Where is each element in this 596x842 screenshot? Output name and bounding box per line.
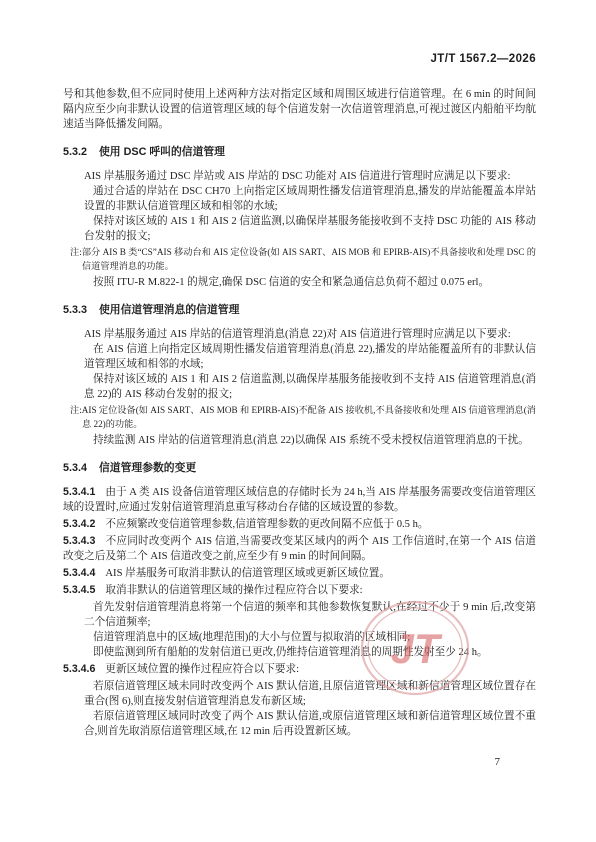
- clause: 5.3.4.4AIS 岸基服务可取消非默认的信道管理区域或更新区域位置。: [63, 566, 536, 581]
- list-item: 在 AIS 信道上向指定区域周期性播发信道管理消息(消息 22),播发的岸站能覆…: [84, 342, 536, 372]
- document-page: JT/T 1567.2—2026 号和其他参数,但不应同时使用上述两种方法对指定…: [0, 0, 596, 842]
- clause-number: 5.3.4.1: [63, 486, 95, 498]
- clause-number: 5.3.4.6: [63, 663, 95, 675]
- list-item: 即使监测到所有船舶的发射信道已更改,仍维持信道管理消息的周期性发射至少 24 h…: [84, 645, 536, 660]
- clause-text: AIS 岸基服务可取消非默认的信道管理区域或更新区域位置。: [105, 568, 390, 579]
- clause-number: 5.3.4.2: [63, 518, 95, 530]
- clause-text: 取消非默认的信道管理区域的操作过程应符合以下要求:: [105, 585, 362, 596]
- list-item: 信道管理消息中的区域(地理范围)的大小与位置与拟取消的区域相同;: [84, 630, 536, 645]
- list-item: 持续监测 AIS 岸站的信道管理消息(消息 22)以确保 AIS 系统不受未授权…: [84, 433, 536, 448]
- clause-text: 不应频繁改变信道管理参数,信道管理参数的更改间隔不应低于 0.5 h。: [105, 519, 428, 530]
- note: 注:AIS 定位设备(如 AIS SART、AIS MOB 和 EPIRB-AI…: [70, 404, 536, 431]
- clause-number: 5.3.4.3: [63, 535, 95, 547]
- clause: 5.3.4.1由于 A 类 AIS 设备信道管理区域信息的存储时长为 24 h,…: [63, 485, 536, 515]
- clause: 5.3.4.6更新区域位置的操作过程应符合以下要求:: [63, 662, 536, 677]
- section-number: 5.3.2: [63, 146, 87, 158]
- clause-number: 5.3.4.4: [63, 567, 95, 579]
- clause: 5.3.4.2不应频繁改变信道管理参数,信道管理参数的更改间隔不应低于 0.5 …: [63, 517, 536, 532]
- section-title: 使用 DSC 呼叫的信道管理: [99, 146, 225, 158]
- section-heading: 5.3.4信道管理参数的变更: [63, 461, 536, 476]
- clause-number: 5.3.4.5: [63, 584, 95, 596]
- document-content: 号和其他参数,但不应同时使用上述两种方法对指定区域和周围区域进行信道管理。在 6…: [63, 87, 536, 739]
- list-item: 保持对该区域的 AIS 1 和 AIS 2 信道监测,以确保岸基服务能接收到不支…: [84, 372, 536, 402]
- standard-number: JT/T 1567.2—2026: [63, 53, 536, 65]
- list-item: 通过合适的岸站在 DSC CH70 上向指定区域周期性播发信道管理消息,播发的岸…: [84, 184, 536, 214]
- paragraph: 号和其他参数,但不应同时使用上述两种方法对指定区域和周围区域进行信道管理。在 6…: [63, 87, 536, 132]
- clause-text: 不应同时改变两个 AIS 信道,当需要改变某区域内的两个 AIS 工作信道时,在…: [63, 536, 536, 562]
- section-number: 5.3.3: [63, 304, 87, 316]
- section-heading: 5.3.2使用 DSC 呼叫的信道管理: [63, 145, 536, 160]
- clause-text: 更新区域位置的操作过程应符合以下要求:: [105, 664, 299, 675]
- clause: 5.3.4.3不应同时改变两个 AIS 信道,当需要改变某区域内的两个 AIS …: [63, 534, 536, 564]
- list-item: 若原信道管理区域未同时改变两个 AIS 默认信道,且原信道管理区域和新信道管理区…: [84, 679, 536, 709]
- clause-text: 由于 A 类 AIS 设备信道管理区域信息的存储时长为 24 h,当 AIS 岸…: [63, 487, 536, 513]
- list-item: 保持对该区域的 AIS 1 和 AIS 2 信道监测,以确保岸基服务能接收到不支…: [84, 214, 536, 244]
- paragraph: AIS 岸基服务通过 AIS 岸站的信道管理消息(消息 22)对 AIS 信道进…: [63, 327, 536, 342]
- page-number: 7: [495, 756, 501, 768]
- section-heading: 5.3.3使用信道管理消息的信道管理: [63, 303, 536, 318]
- section-number: 5.3.4: [63, 462, 87, 474]
- list-item: 首先发射信道管理消息将第一个信道的频率和其他参数恢复默认,在经过不少于 9 mi…: [84, 600, 536, 630]
- section-title: 使用信道管理消息的信道管理: [99, 304, 239, 316]
- paragraph: AIS 岸基服务通过 DSC 岸站或 AIS 岸站的 DSC 功能对 AIS 信…: [63, 169, 536, 184]
- list-item: 若原信道管理区域同时改变了两个 AIS 默认信道,或原信道管理区域和新信道管理区…: [84, 709, 536, 739]
- list-item: 按照 ITU-R M.822-1 的规定,确保 DSC 信道的安全和紧急通信总负…: [84, 275, 536, 290]
- section-title: 信道管理参数的变更: [99, 462, 196, 474]
- clause: 5.3.4.5取消非默认的信道管理区域的操作过程应符合以下要求:: [63, 583, 536, 598]
- note: 注:部分 AIS B 类“CS”AIS 移动台和 AIS 定位设备(如 AIS …: [70, 246, 536, 273]
